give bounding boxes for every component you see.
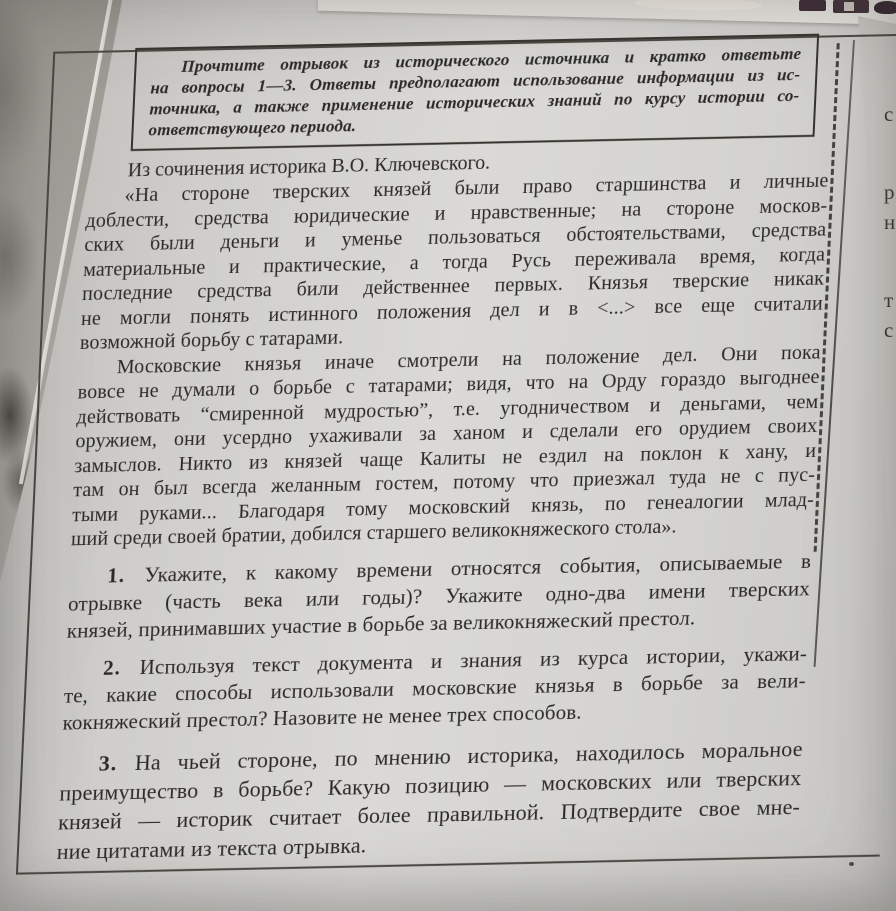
worksheet-page: Прочтите отрывок из исторического источн…	[0, 18, 896, 899]
question-1: 1. Укажите, к какому времени относятся с…	[66, 547, 812, 644]
question-2: 2. Используя текст документа и знания из…	[62, 640, 808, 737]
instruction-box: Прочтите отрывок из исторического источн…	[131, 34, 820, 151]
document-paragraph-1: «На стороне тверских князей были право с…	[79, 168, 829, 355]
question-number: 1.	[107, 562, 145, 587]
question-number: 3.	[98, 750, 135, 776]
question-3: 3. На чьей стороне, по мнению историка, …	[56, 734, 803, 866]
photo-of-workbook-page: срнтс Прочтите отрывок из исторического …	[0, 0, 896, 911]
page-content: Прочтите отрывок из исторического источн…	[56, 33, 835, 865]
question-number: 2.	[103, 654, 141, 679]
document-paragraph-2: Московские князья иначе смотрели на поло…	[71, 340, 822, 552]
photo-speck	[849, 862, 854, 866]
